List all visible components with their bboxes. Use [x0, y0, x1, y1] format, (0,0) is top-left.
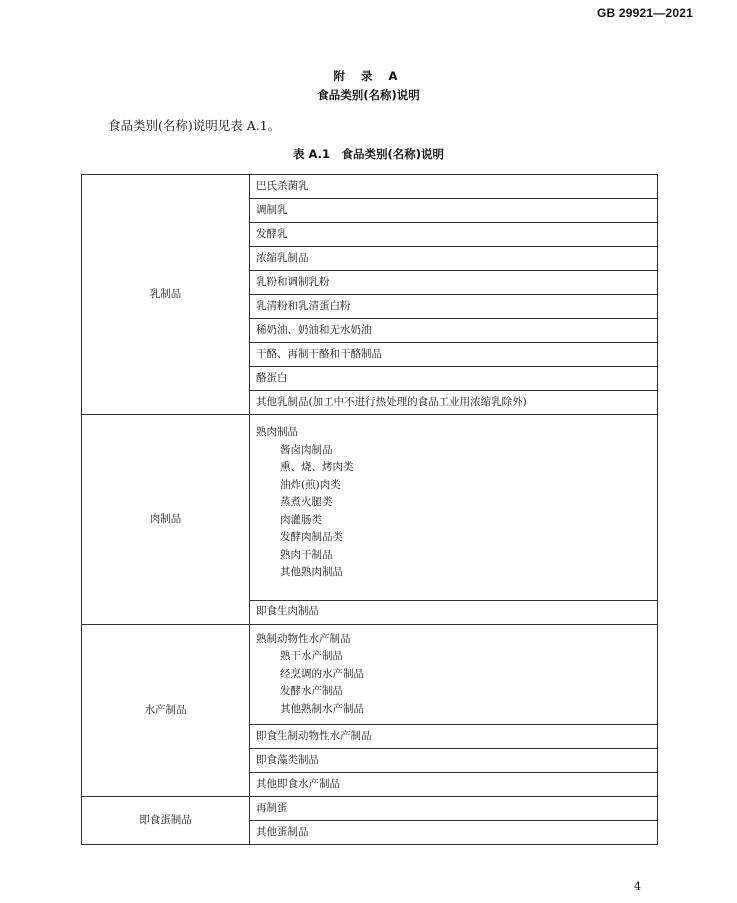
item-sub: 油炸(煎)肉类 — [256, 477, 651, 495]
item-sub: 发酵肉制品类 — [256, 529, 651, 547]
item-sub: 发酵水产制品 — [256, 683, 651, 701]
table-caption: 表 A.1 食品类别(名称)说明 — [0, 146, 737, 162]
item-cell: 干酪、再制干酪和干酪制品 — [250, 343, 658, 367]
item-sub: 熟干水产制品 — [256, 648, 651, 666]
item-cell: 其他蛋制品 — [250, 821, 658, 845]
item-sub: 熟肉干制品 — [256, 547, 651, 565]
item-sub: 酱卤肉制品 — [256, 442, 651, 460]
page-number: 4 — [634, 880, 641, 893]
item-sub: 肉灌肠类 — [256, 512, 651, 530]
item-cell: 酪蛋白 — [250, 367, 658, 391]
item-cell: 其他即食水产制品 — [250, 773, 658, 797]
item-cell: 即食生肉制品 — [250, 600, 658, 624]
table-row: 肉制品 熟肉制品 酱卤肉制品 熏、烧、烤肉类 油炸(煎)肉类 蒸煮火腿类 肉灌肠… — [82, 415, 658, 601]
item-cell: 浓缩乳制品 — [250, 247, 658, 271]
item-cell: 发酵乳 — [250, 223, 658, 247]
item-cell: 其他乳制品(加工中不进行热处理的食品工业用浓缩乳除外) — [250, 391, 658, 415]
standard-number: GB 29921—2021 — [597, 6, 693, 20]
appendix-label: 附 录 A — [0, 68, 737, 84]
item-sub: 经烹调的水产制品 — [256, 666, 651, 684]
item-cell: 乳清粉和乳清蛋白粉 — [250, 295, 658, 319]
category-cell: 乳制品 — [82, 175, 250, 415]
item-cell: 再制蛋 — [250, 797, 658, 821]
item-cell: 即食生制动物性水产制品 — [250, 725, 658, 749]
item-cell: 熟制动物性水产制品 熟干水产制品 经烹调的水产制品 发酵水产制品 其他熟制水产制… — [250, 624, 658, 725]
food-category-table: 乳制品 巴氏杀菌乳 调制乳 发酵乳 浓缩乳制品 乳粉和调制乳粉 乳清粉和乳清蛋白… — [81, 174, 658, 845]
item-cell: 稀奶油、奶油和无水奶油 — [250, 319, 658, 343]
table-row: 乳制品 巴氏杀菌乳 — [82, 175, 658, 199]
table-row: 即食蛋制品 再制蛋 — [82, 797, 658, 821]
item-sub: 蒸煮火腿类 — [256, 494, 651, 512]
appendix-title: 食品类别(名称)说明 — [0, 87, 737, 103]
item-cell: 调制乳 — [250, 199, 658, 223]
item-cell: 乳粉和调制乳粉 — [250, 271, 658, 295]
item-sub: 熏、烧、烤肉类 — [256, 459, 651, 477]
category-cell: 即食蛋制品 — [82, 797, 250, 845]
item-main: 熟制动物性水产制品 — [256, 631, 651, 649]
item-cell: 熟肉制品 酱卤肉制品 熏、烧、烤肉类 油炸(煎)肉类 蒸煮火腿类 肉灌肠类 发酵… — [250, 415, 658, 601]
intro-text: 食品类别(名称)说明见表 A.1。 — [108, 116, 280, 134]
category-cell: 水产制品 — [82, 624, 250, 797]
item-cell: 即食藻类制品 — [250, 749, 658, 773]
item-sub: 其他熟制水产制品 — [256, 701, 651, 719]
item-cell: 巴氏杀菌乳 — [250, 175, 658, 199]
table-row: 水产制品 熟制动物性水产制品 熟干水产制品 经烹调的水产制品 发酵水产制品 其他… — [82, 624, 658, 725]
category-cell: 肉制品 — [82, 415, 250, 625]
item-sub: 其他熟肉制品 — [256, 564, 651, 582]
item-main: 熟肉制品 — [256, 424, 651, 442]
